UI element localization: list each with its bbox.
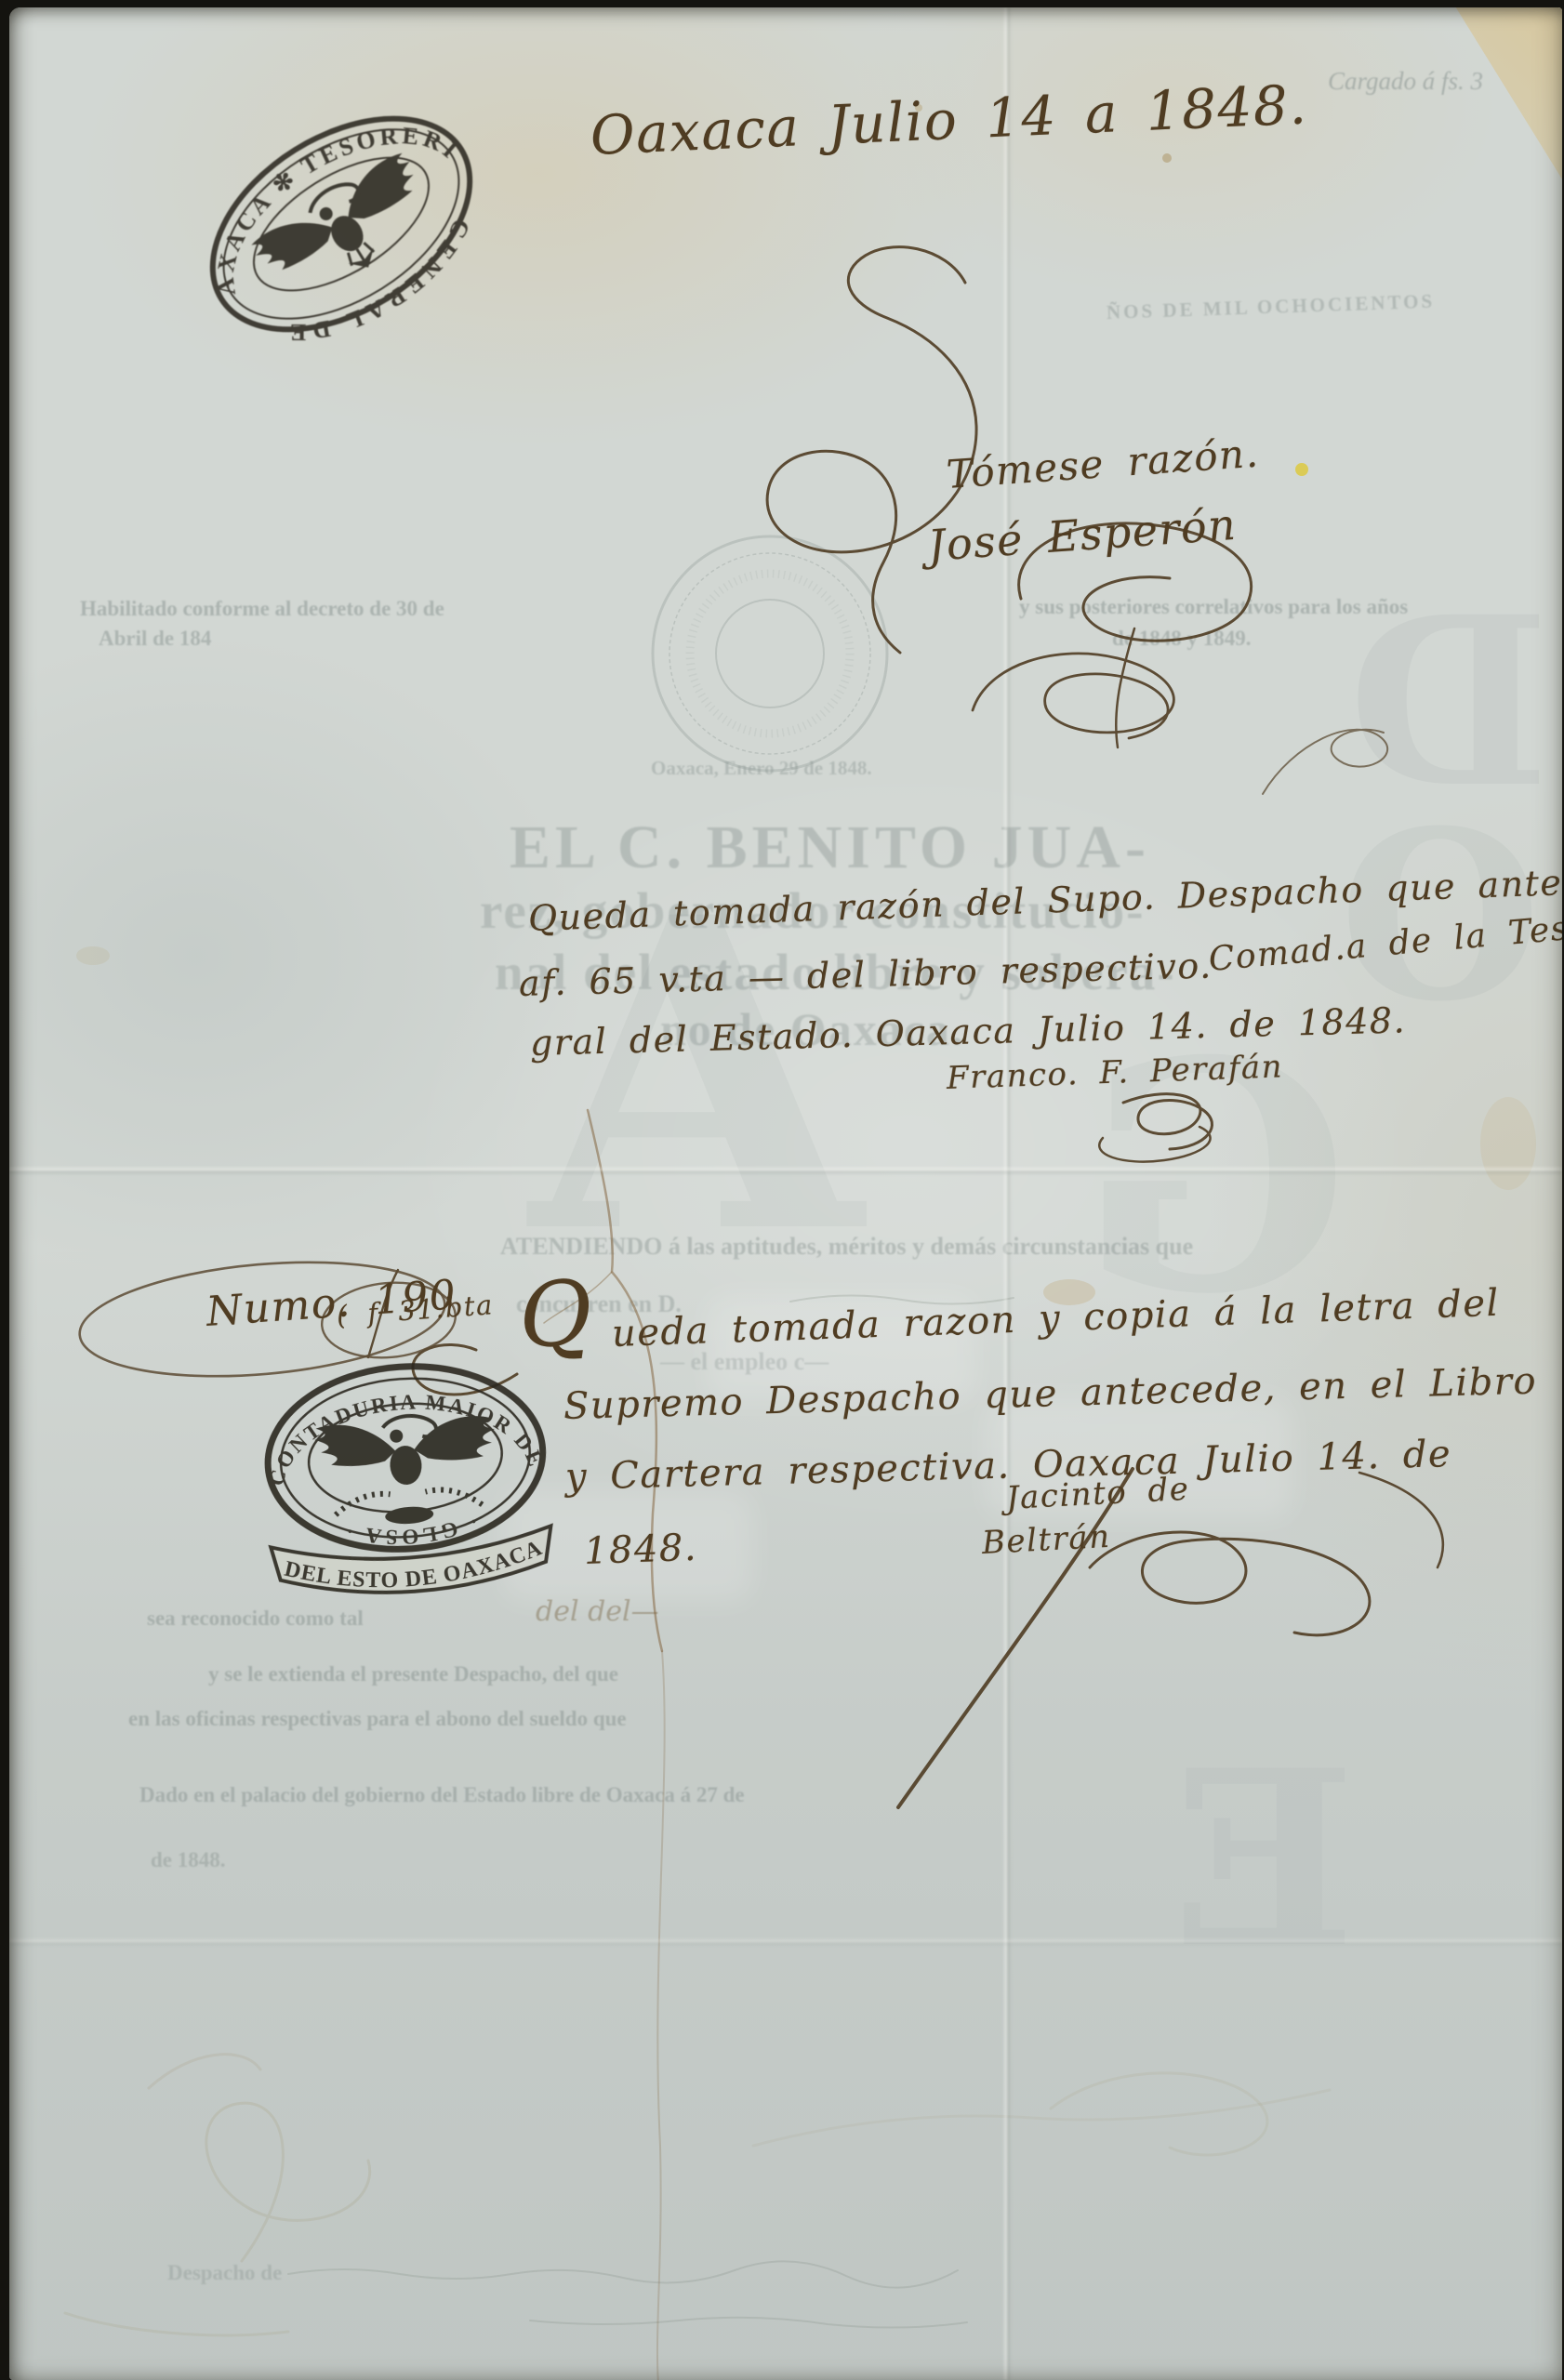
contaduria-note-line4: 1848. xyxy=(583,1527,698,1573)
ink-flourishes xyxy=(9,7,1562,2380)
scanned-document: Cargado á fs. 3 ÑOS DE MIL OCHOCIENTOS H… xyxy=(0,0,1564,2380)
paper-sheet: Cargado á fs. 3 ÑOS DE MIL OCHOCIENTOS H… xyxy=(9,7,1562,2380)
contaduria-signature-line2: Beltrán xyxy=(981,1518,1111,1562)
contaduria-mayor-stamp: CONTADURIA MAIOR DE · GLOSA · DEL ESTO D… xyxy=(245,1336,570,1635)
